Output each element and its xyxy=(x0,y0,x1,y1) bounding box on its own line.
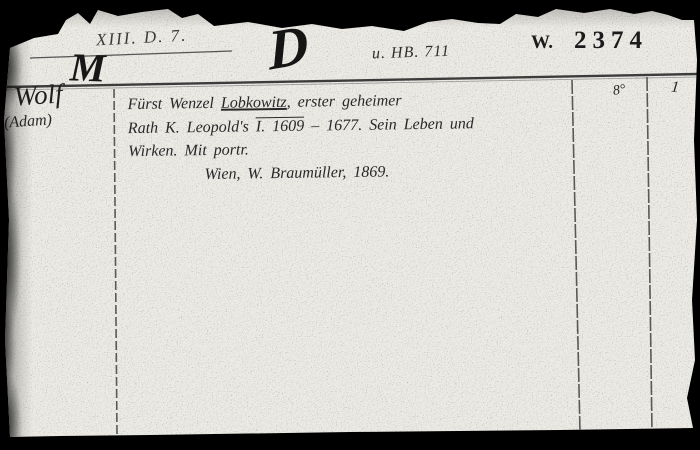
entry-line2-pre: Rath K. Leopold's xyxy=(128,118,256,137)
author-surname: Wolf xyxy=(13,78,64,112)
copy-column-rule xyxy=(647,77,652,432)
entry-line1-underlined: Lobkowitz xyxy=(221,94,287,112)
format-column-rule xyxy=(572,80,580,432)
shelfmark-underline xyxy=(30,51,232,58)
header-rule xyxy=(6,74,697,87)
initial-letter-flourish: D xyxy=(266,12,310,83)
header-rule-echo xyxy=(6,77,697,90)
scanned-catalog-card: XIII. D. 7. M D u. HB. 711 W. 2374 Wolf … xyxy=(0,0,700,450)
secondary-shelfmark-handwritten: u. HB. 711 xyxy=(372,43,451,64)
card-number-printed: 2374 xyxy=(574,27,648,55)
catalog-entry-text: Fürst Wenzel Lobkowitz, erster geheimer … xyxy=(127,87,573,187)
card-paper: XIII. D. 7. M D u. HB. 711 W. 2374 Wolf … xyxy=(0,0,700,450)
series-letter-printed: W. xyxy=(531,32,553,54)
entry-line1-post: , erster geheimer xyxy=(287,92,402,111)
entry-line2-overlined: I. 1609 xyxy=(256,117,305,135)
entry-line2-post: – 1677. Sein Leben und xyxy=(304,115,474,134)
author-column-rule xyxy=(114,89,117,435)
entry-line1-pre: Fürst Wenzel xyxy=(127,95,221,113)
class-letter-handwritten: M xyxy=(69,43,106,91)
author-forename: (Adam) xyxy=(3,111,52,132)
format-mark: 8° xyxy=(612,82,627,100)
